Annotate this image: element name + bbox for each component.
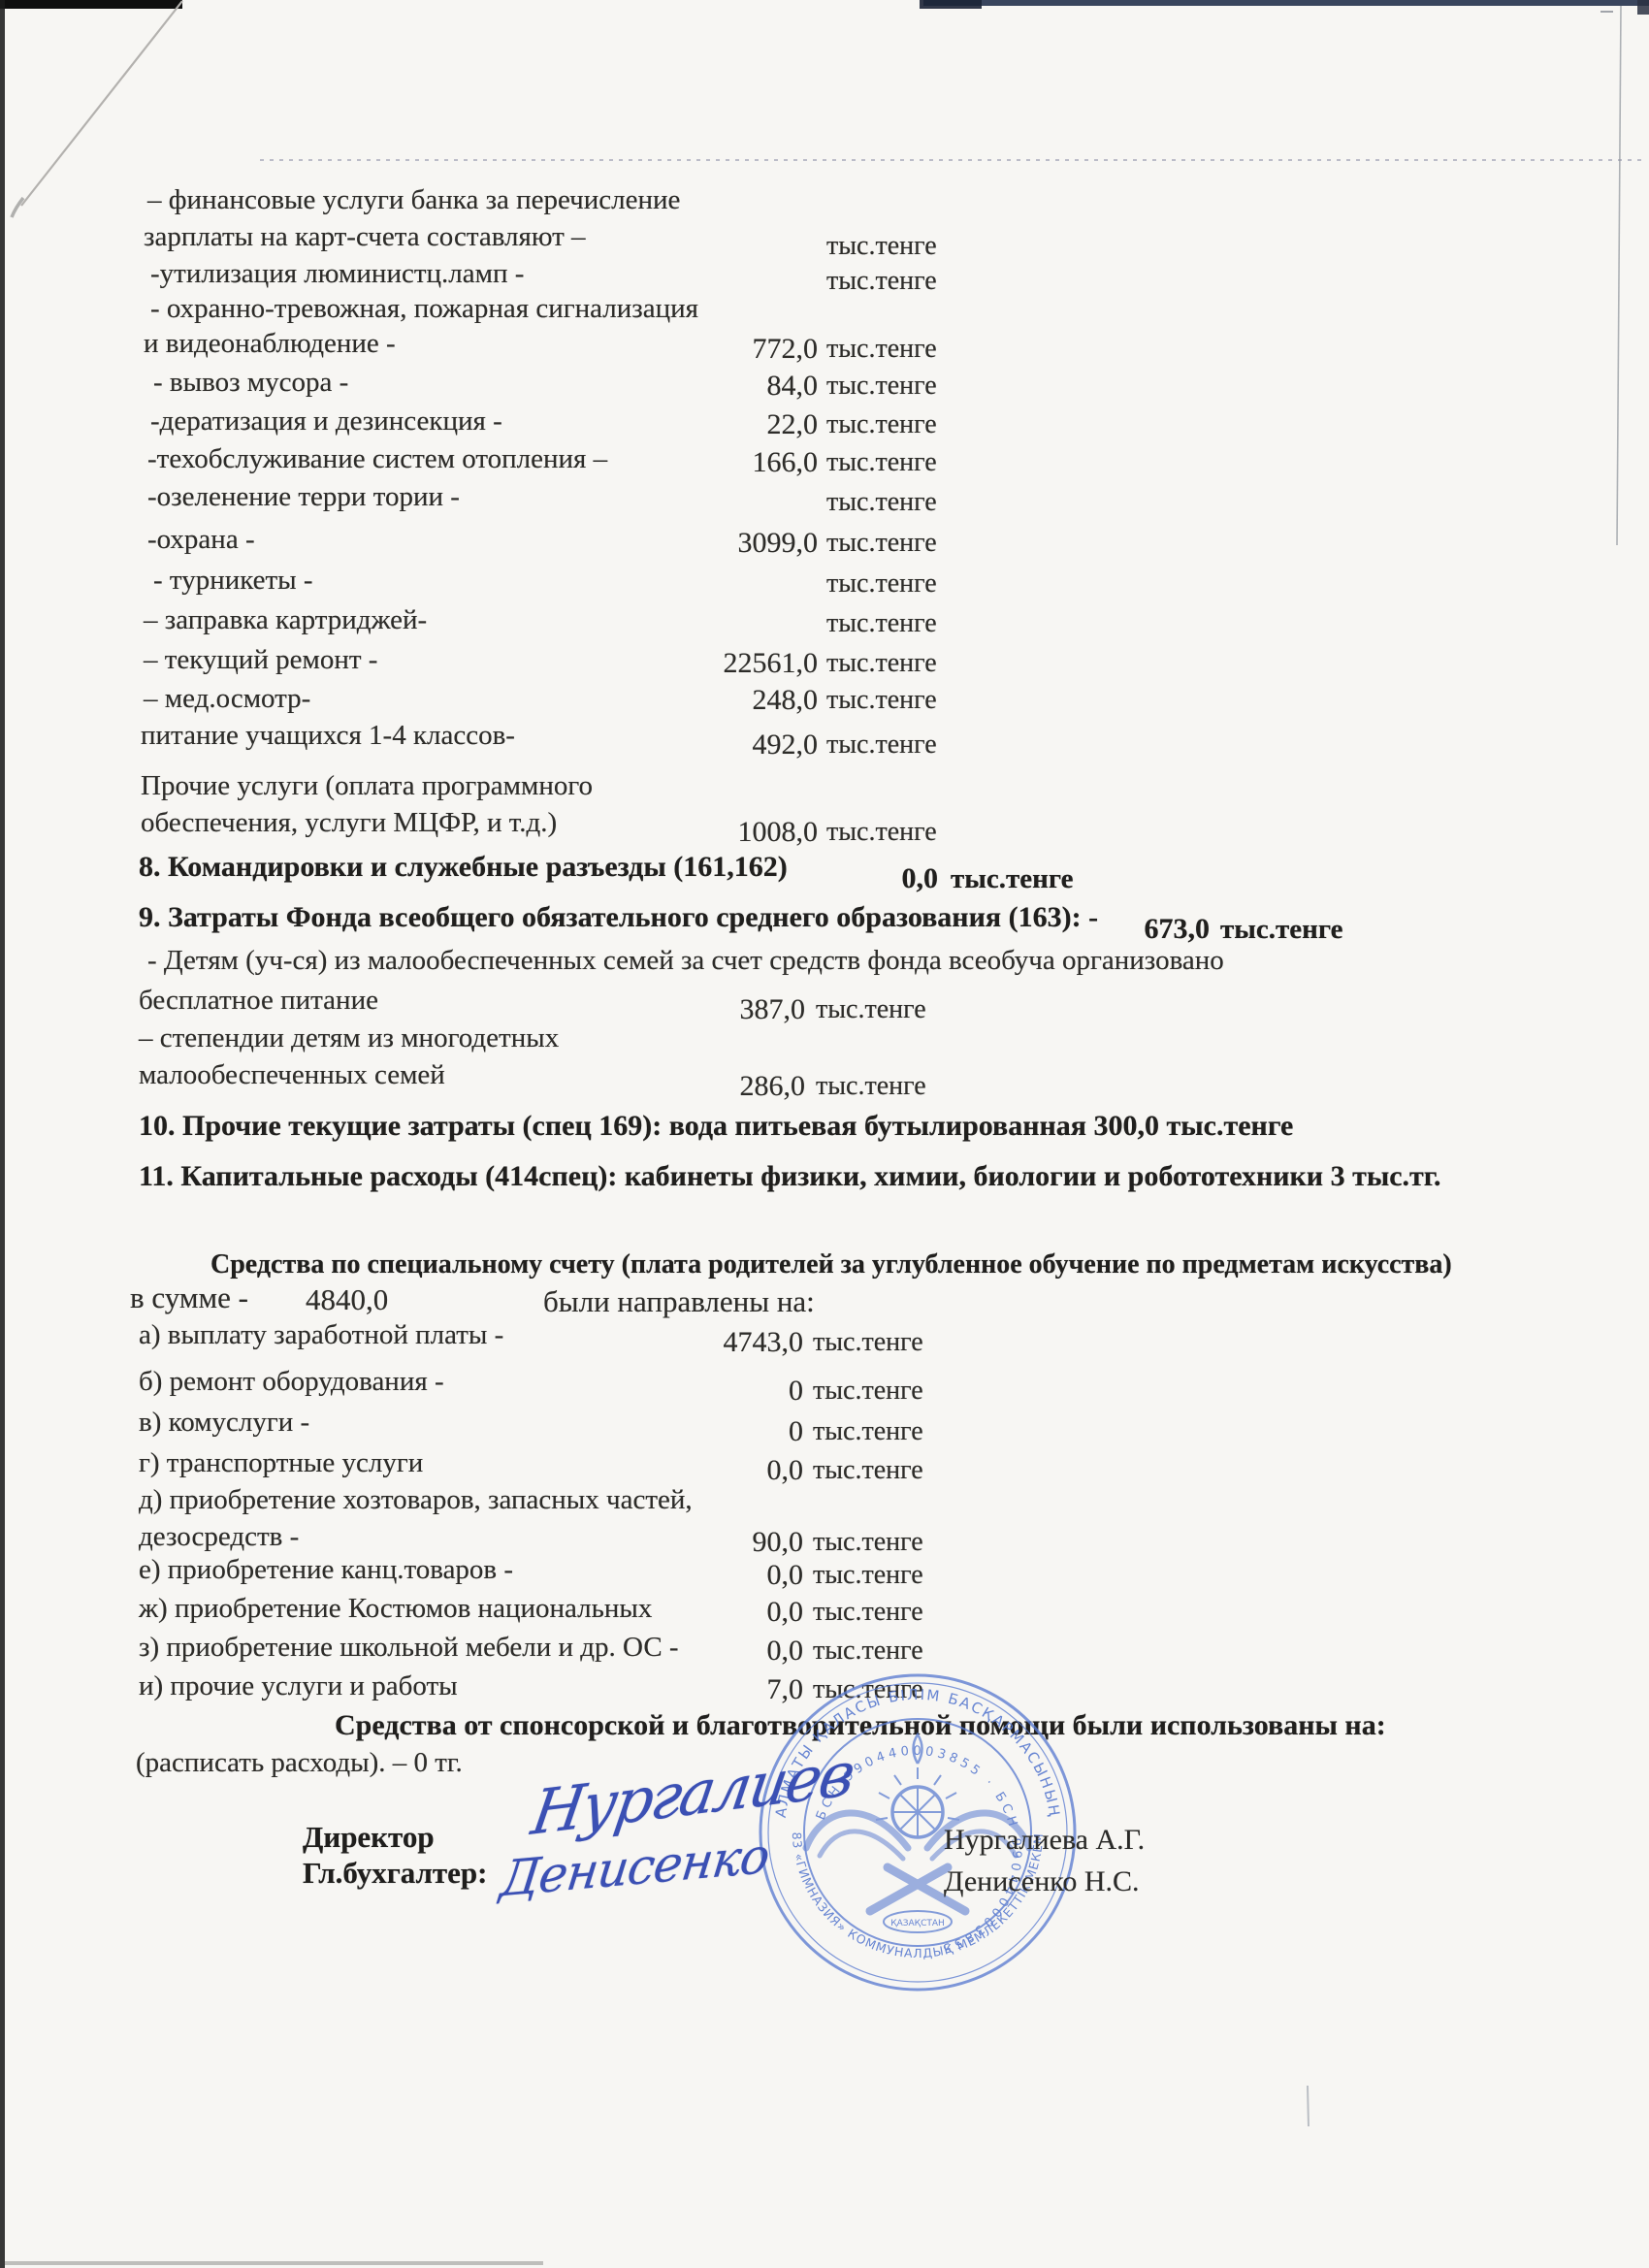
- document-line: 8. Командировки и служебные разъезды (16…: [0, 850, 1649, 891]
- line-text: и видеонаблюдение -: [144, 326, 396, 361]
- line-text: - охранно-тревожная, пожарная сигнализац…: [150, 291, 698, 326]
- line-text: бесплатное питание: [139, 983, 378, 1018]
- document-line: – заправка картриджей-тыс.тенге: [0, 602, 1649, 643]
- document-line: - Детям (уч-ся) из малообеспеченных семе…: [0, 943, 1649, 984]
- line-text: обеспечения, услуги МЦФР, и т.д.): [141, 805, 557, 840]
- document-line: зарплаты на карт-счета составляют –тыс.т…: [0, 219, 1649, 260]
- amount-value: 0,0: [638, 1558, 803, 1593]
- scanned-document-page: – финансовые услуги банка за перечислени…: [0, 0, 1649, 2268]
- document-line: г) транспортные услуги0,0тыс.тенге: [0, 1445, 1649, 1486]
- document-line: 11. Капитальные расходы (414спец): кабин…: [0, 1159, 1649, 1200]
- document-line: – финансовые услуги банка за перечислени…: [0, 182, 1649, 223]
- director-name: Нургалиева А.Г.: [944, 1824, 1145, 1857]
- amount-value: 492,0: [653, 728, 818, 762]
- amount-unit: тыс.тенге: [826, 646, 937, 681]
- amount-unit: тыс.тенге: [816, 1069, 926, 1104]
- document-line: а) выплату заработной платы -4743,0тыс.т…: [0, 1317, 1649, 1358]
- line-text: 10. Прочие текущие затраты (спец 169): в…: [139, 1109, 1293, 1144]
- amount-unit: тыс.тенге: [813, 1325, 923, 1360]
- document-line: обеспечения, услуги МЦФР, и т.д.)1008,0т…: [0, 805, 1649, 846]
- document-line: - вывоз мусора -84,0тыс.тенге: [0, 365, 1649, 405]
- amount-unit: тыс.тенге: [826, 606, 937, 641]
- amount-value: 286,0: [640, 1069, 805, 1104]
- line-text: ж) приобретение Костюмов национальных: [139, 1591, 652, 1626]
- amount-value: 248,0: [653, 683, 818, 718]
- document-line: малообеспеченных семей286,0тыс.тенге: [0, 1057, 1649, 1098]
- amount-value: 772,0: [653, 332, 818, 367]
- document-line: б) ремонт оборудования -0тыс.тенге: [0, 1364, 1649, 1405]
- line-text: Средства по специальному счету (плата ро…: [210, 1247, 1452, 1282]
- amount-value: 673,0: [1045, 912, 1210, 947]
- amount-value: 84,0: [653, 369, 818, 404]
- document-line: -техобслуживание систем отопления –166,0…: [0, 441, 1649, 482]
- line-text: (расписать расходы). – 0 тг.: [136, 1745, 463, 1780]
- line-text: – мед.осмотр-: [144, 681, 310, 716]
- amount-value: 22,0: [653, 407, 818, 442]
- amount-unit: тыс.тенге: [826, 332, 937, 367]
- amount-value: 0: [638, 1374, 803, 1409]
- line-text: питание учащихся 1-4 классов-: [141, 718, 515, 753]
- amount-unit: тыс.тенге: [813, 1595, 923, 1630]
- amount-value: 0,0: [638, 1634, 803, 1669]
- line-text: -озеленение терри тории -: [147, 479, 460, 514]
- line-text: – степендии детям из многодетных: [139, 1021, 559, 1055]
- line-text: - вывоз мусора -: [153, 365, 348, 400]
- document-line: ж) приобретение Костюмов национальных0,0…: [0, 1591, 1649, 1632]
- line-text: 9. Затраты Фонда всеобщего обязательного…: [139, 900, 1098, 935]
- amount-value: 0,0: [773, 861, 938, 896]
- amount-value: 3099,0: [653, 526, 818, 561]
- line-text: г) транспортные услуги: [139, 1445, 423, 1480]
- amount-value: 4743,0: [638, 1325, 803, 1360]
- accountant-name: Денисенко Н.С.: [944, 1865, 1140, 1898]
- accountant-label: Гл.бухгалтер:: [303, 1856, 487, 1891]
- sum-label: в сумме -: [130, 1280, 248, 1315]
- line-text: а) выплату заработной платы -: [139, 1317, 503, 1352]
- document-line: – текущий ремонт -22561,0тыс.тенге: [0, 642, 1649, 683]
- line-text: Прочие услуги (оплата программного: [141, 768, 593, 803]
- line-text: дезосредств -: [139, 1519, 299, 1554]
- document-line: -дератизация и дезинсекция -22,0тыс.тенг…: [0, 404, 1649, 444]
- amount-unit: тыс.тенге: [813, 1374, 923, 1409]
- amount-unit: тыс.тенге: [826, 683, 937, 718]
- line-text: 8. Командировки и служебные разъезды (16…: [139, 850, 788, 885]
- line-text: б) ремонт оборудования -: [139, 1364, 444, 1399]
- document-line: в) комуслуги -0тыс.тенге: [0, 1405, 1649, 1445]
- amount-unit: тыс.тенге: [813, 1414, 923, 1449]
- document-line: з) приобретение школьной мебели и др. ОС…: [0, 1630, 1649, 1670]
- document-line: 9. Затраты Фонда всеобщего обязательного…: [0, 900, 1649, 941]
- document-line: – мед.осмотр-248,0тыс.тенге: [0, 681, 1649, 722]
- line-text: в) комуслуги -: [139, 1405, 309, 1440]
- line-text: зарплаты на карт-счета составляют –: [144, 219, 586, 254]
- amount-unit: тыс.тенге: [813, 1558, 923, 1593]
- line-text: -охрана -: [147, 522, 255, 557]
- line-text: -утилизация люминистц.ламп -: [150, 256, 524, 291]
- line-text: – финансовые услуги банка за перечислени…: [147, 182, 680, 217]
- line-text: 11. Капитальные расходы (414спец): кабин…: [139, 1159, 1441, 1194]
- sum-value: 4840,0: [306, 1282, 388, 1317]
- document-line: бесплатное питание387,0тыс.тенге: [0, 983, 1649, 1023]
- scan-dotted-line: [260, 159, 1643, 161]
- line-text: - турникеты -: [153, 563, 313, 598]
- director-label: Директор: [303, 1820, 435, 1855]
- amount-unit: тыс.тенге: [813, 1634, 923, 1669]
- amount-value: 166,0: [653, 445, 818, 480]
- amount-value: 0: [638, 1414, 803, 1449]
- line-text: -дератизация и дезинсекция -: [150, 404, 502, 438]
- amount-unit: тыс.тенге: [826, 526, 937, 561]
- document-line: питание учащихся 1-4 классов-492,0тыс.те…: [0, 718, 1649, 759]
- line-text: -техобслуживание систем отопления –: [147, 441, 607, 476]
- line-text: е) приобретение канц.товаров -: [139, 1552, 513, 1587]
- stamp-center-text: ҚАЗАҚСТАН: [890, 1919, 945, 1928]
- document-line: Прочие услуги (оплата программного: [0, 768, 1649, 809]
- document-line: д) приобретение хозтоваров, запасных час…: [0, 1482, 1649, 1523]
- line-text: малообеспеченных семей: [139, 1057, 445, 1092]
- document-line: 10. Прочие текущие затраты (спец 169): в…: [0, 1109, 1649, 1150]
- sum-rest: были направлены на:: [543, 1284, 815, 1319]
- line-text: д) приобретение хозтоваров, запасных час…: [139, 1482, 693, 1517]
- line-text: – текущий ремонт -: [144, 642, 377, 677]
- document-line: -охрана -3099,0тыс.тенге: [0, 522, 1649, 563]
- amount-unit: тыс.тенге: [951, 861, 1074, 896]
- amount-value: 0,0: [638, 1595, 803, 1630]
- line-text: и) прочие услуги и работы: [139, 1669, 458, 1703]
- document-line: -озеленение терри тории -тыс.тенге: [0, 479, 1649, 520]
- amount-unit: тыс.тенге: [826, 407, 937, 442]
- document-line: - турникеты -тыс.тенге: [0, 563, 1649, 603]
- amount-unit: тыс.тенге: [826, 445, 937, 480]
- amount-unit: тыс.тенге: [826, 728, 937, 762]
- document-line: е) приобретение канц.товаров -0,0тыс.тен…: [0, 1552, 1649, 1593]
- line-text: – заправка картриджей-: [144, 602, 427, 637]
- amount-unit: тыс.тенге: [1220, 912, 1343, 947]
- amount-unit: тыс.тенге: [826, 485, 937, 520]
- amount-unit: тыс.тенге: [826, 369, 937, 404]
- amount-value: 22561,0: [653, 646, 818, 681]
- document-line: и видеонаблюдение -772,0тыс.тенге: [0, 326, 1649, 367]
- document-line: – степендии детям из многодетных: [0, 1021, 1649, 1061]
- amount-value: 1008,0: [653, 815, 818, 850]
- amount-unit: тыс.тенге: [826, 815, 937, 850]
- line-text: - Детям (уч-ся) из малообеспеченных семе…: [147, 943, 1224, 978]
- line-text: з) приобретение школьной мебели и др. ОС…: [139, 1630, 679, 1665]
- amount-unit: тыс.тенге: [826, 567, 937, 601]
